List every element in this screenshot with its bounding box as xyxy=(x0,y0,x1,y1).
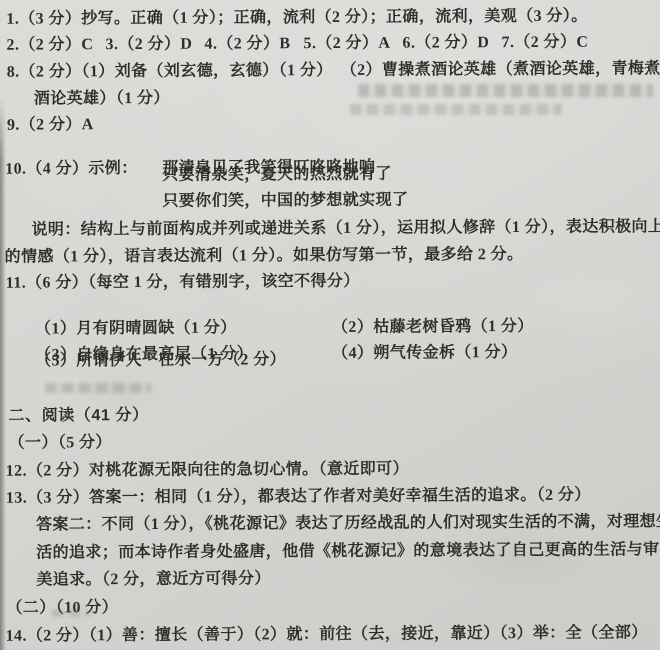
scoring-note-line-2: 的情感（1 分），语言表达流利（1 分）。如果仿写第一节，最多给 2 分。 xyxy=(5,245,524,268)
answer-item-14: 14.（2 分）（1）善：擅长（善于）（2）就：前往（去，接近，靠近）（3）举：… xyxy=(6,623,648,646)
subsection-1-heading: （一）（5 分） xyxy=(9,433,112,454)
answer-item-8-part1: 8.（2 分）（1）刘备（刘玄德，玄德）（1 分） xyxy=(7,62,333,81)
answer-item-10-label: 10.（4 分）示例： xyxy=(5,159,138,180)
answer-item-13-answer2-line1: 答案二：不同（1 分），《桃花源记》表达了历经战乱的人们对现实生活的不满，对理想… xyxy=(36,512,660,535)
scoring-note-line-1: 说明：结构上与前面构成并列或递进关系（1 分），运用拟人修辞（1 分），表达积极… xyxy=(31,217,660,240)
mcq-answer-4: 4.（2 分）B xyxy=(204,34,303,55)
blank-answer-5: （5）所谓伊人 在水一方（2 分） xyxy=(35,350,286,371)
mcq-answer-2: 2.（2 分）C xyxy=(6,35,105,56)
answer-item-11-row-1: （1）月有阴晴圆缺（1 分） （2）枯藤老树昏鸦（1 分） xyxy=(0,316,660,319)
poem-line-2: 只要清泉笑，夏天的热烈就有了 xyxy=(162,165,392,186)
answer-item-11: 11.（6 分）（每空 1 分，有错别字，该空不得分） xyxy=(6,272,360,294)
answer-item-13-answer2-line3: 美追求。（2 分，意近方可得分） xyxy=(36,569,271,590)
subsection-2-heading: （二）（10 分） xyxy=(6,598,118,619)
answer-item-12: 12.（2 分）对桃花源无限向往的急切心情。（意近即可） xyxy=(6,460,409,482)
answer-item-8-part2: （2）曹操煮酒论英雄（煮酒论英雄，青梅煮 xyxy=(341,59,660,81)
blank-answer-1: （1）月有阴晴圆缺（1 分） xyxy=(35,318,237,339)
answer-item-8: 8.（2 分）（1）刘备（刘玄德，玄德）（1 分） （2）曹操煮酒论英雄（煮酒论… xyxy=(7,59,660,82)
answer-item-1: 1.（3 分）抄写。正确（1 分）；正确，流利（2 分）；正确，流利，美观（3 … xyxy=(6,7,587,30)
blank-answer-2: （2）枯藤老树昏鸦（1 分） xyxy=(332,317,534,338)
poem-line-3: 只要你们笑，中国的梦想就实现了 xyxy=(162,191,408,212)
mcq-answer-6: 6.（2 分）D xyxy=(402,33,501,54)
blank-answer-4: （4）朔气传金柝（1 分） xyxy=(332,343,517,364)
mcq-answer-7: 7.（2 分）C xyxy=(501,33,600,54)
document-page: 1.（3 分）抄写。正确（1 分）；正确，流利（2 分）；正确，流利，美观（3 … xyxy=(0,0,660,650)
answer-item-9: 9.（2 分）A xyxy=(7,115,94,135)
answer-key-content: 1.（3 分）抄写。正确（1 分）；正确，流利（2 分）；正确，流利，美观（3 … xyxy=(0,0,660,650)
mcq-answer-5: 5.（2 分）A xyxy=(303,34,402,55)
answer-item-11-row-2: （3）自缘身在最高层（1 分） （4）朔气传金柝（1 分） xyxy=(0,342,660,345)
mcq-answer-3: 3.（2 分）D xyxy=(105,35,204,56)
answer-item-8-continuation: 酒论英雄）（1 分） xyxy=(34,89,170,110)
section-heading-reading: 二、阅读（41 分） xyxy=(8,406,148,427)
answer-item-13-answer1: 13.（3 分）答案一：相同（1 分），都表达了作者对美好幸福生活的追求。（2 … xyxy=(6,486,591,509)
mcq-answers-row: 2.（2 分）C 3.（2 分）D 4.（2 分）B 5.（2 分）A 6.（2… xyxy=(6,33,600,56)
answer-item-13-answer2-line2: 活的追求；而本诗作者身处盛唐，他借《桃花源记》的意境表达了自己更高的生活与审 xyxy=(36,540,659,563)
answer-item-10: 10.（4 分）示例： 那清泉见了我笑得叮咚咚地响 xyxy=(0,156,659,159)
